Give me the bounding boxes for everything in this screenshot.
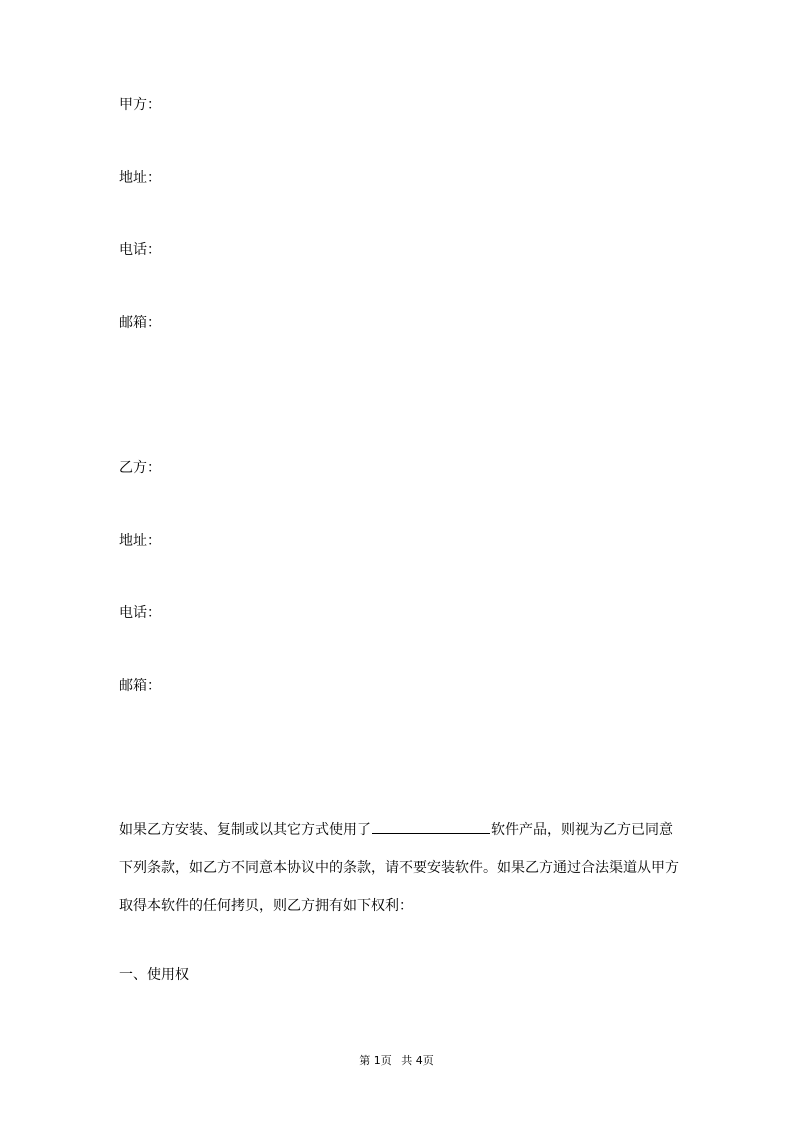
intro-paragraph: 如果乙方安装、复制或以其它方式使用了软件产品，则视为乙方已同意 下列条款，如乙方… xyxy=(119,811,679,925)
party-b-name-label: 乙方： xyxy=(119,459,161,477)
party-a-phone-label: 电话： xyxy=(119,241,161,259)
software-name-blank xyxy=(372,819,490,834)
party-a-address-label: 地址： xyxy=(119,169,161,187)
party-a-email-label: 邮箱： xyxy=(119,314,161,332)
party-b-phone-label: 电话： xyxy=(119,604,161,622)
page-number-current: 第 1页 xyxy=(359,1054,392,1067)
party-a-name-label: 甲方： xyxy=(119,96,161,114)
page-number-total: 共 4页 xyxy=(401,1054,434,1067)
intro-line-2: 下列条款，如乙方不同意本协议中的条款，请不要安装软件。如果乙方通过合法渠道从甲方 xyxy=(119,849,679,887)
section-heading-usage-rights: 一、使用权 xyxy=(119,966,189,984)
party-b-address-label: 地址： xyxy=(119,532,161,550)
party-b-email-label: 邮箱： xyxy=(119,677,161,695)
intro-line-1-start: 如果乙方安装、复制或以其它方式使用了 xyxy=(119,822,371,838)
intro-line-3: 取得本软件的任何拷贝，则乙方拥有如下权利： xyxy=(119,887,679,925)
page-footer: 第 1页 共 4页 xyxy=(0,1054,793,1068)
intro-line-1: 如果乙方安装、复制或以其它方式使用了软件产品，则视为乙方已同意 xyxy=(119,811,679,849)
intro-line-1-end: 软件产品，则视为乙方已同意 xyxy=(491,822,673,838)
